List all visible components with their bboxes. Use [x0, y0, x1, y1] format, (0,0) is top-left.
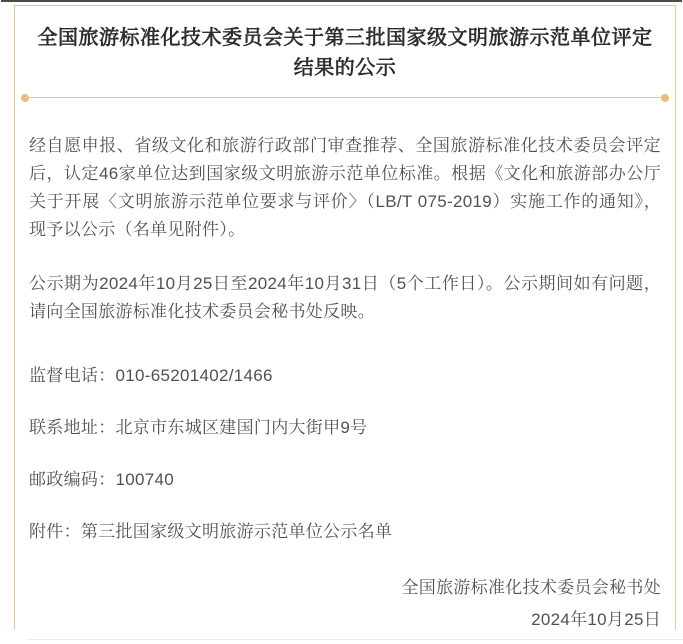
supervision-phone-label: 监督电话： — [29, 366, 116, 385]
signature-date: 2024年10月25日 — [29, 606, 661, 634]
contact-address-line: 联系地址：北京市东城区建国门内大街甲9号 — [29, 414, 661, 442]
top-edge-line — [1, 0, 682, 2]
contact-address-value: 北京市东城区建国门内大街甲9号 — [116, 418, 368, 437]
page-title: 全国旅游标准化技术委员会关于第三批国家级文明旅游示范单位评定结果的公示 — [29, 6, 661, 83]
title-divider — [21, 94, 669, 102]
signature-block: 全国旅游标准化技术委员会秘书处 2024年10月25日 — [29, 574, 661, 634]
divider-dot-left-icon — [21, 94, 29, 102]
divider-dot-right-icon — [661, 94, 669, 102]
attachment-title: 第三批国家级文明旅游示范单位公示名单 — [81, 522, 392, 541]
attachment-line: 附件：第三批国家级文明旅游示范单位公示名单 — [29, 518, 661, 546]
bottom-divider-line — [28, 639, 683, 640]
postal-code-value: 100740 — [116, 470, 175, 489]
supervision-phone-line: 监督电话：010-65201402/1466 — [29, 362, 661, 390]
announcement-article: 全国旅游标准化技术委员会关于第三批国家级文明旅游示范单位评定结果的公示 经自愿申… — [14, 5, 676, 630]
postal-code-label: 邮政编码： — [29, 470, 116, 489]
paragraph-publicity-period: 公示期为2024年10月25日至2024年10月31日（5个工作日）。公示期间如… — [29, 270, 661, 326]
contact-address-label: 联系地址： — [29, 418, 116, 437]
announcement-body: 经自愿申报、省级文化和旅游行政部门审查推荐、全国旅游标准化技术委员会评定后，认定… — [29, 132, 661, 634]
paragraph-evaluation-result: 经自愿申报、省级文化和旅游行政部门审查推荐、全国旅游标准化技术委员会评定后，认定… — [29, 132, 661, 244]
attachment-label: 附件： — [29, 522, 81, 541]
supervision-phone-value: 010-65201402/1466 — [116, 366, 273, 385]
divider-rule — [24, 97, 666, 98]
signature-issuer: 全国旅游标准化技术委员会秘书处 — [29, 574, 661, 602]
postal-code-line: 邮政编码：100740 — [29, 466, 661, 494]
